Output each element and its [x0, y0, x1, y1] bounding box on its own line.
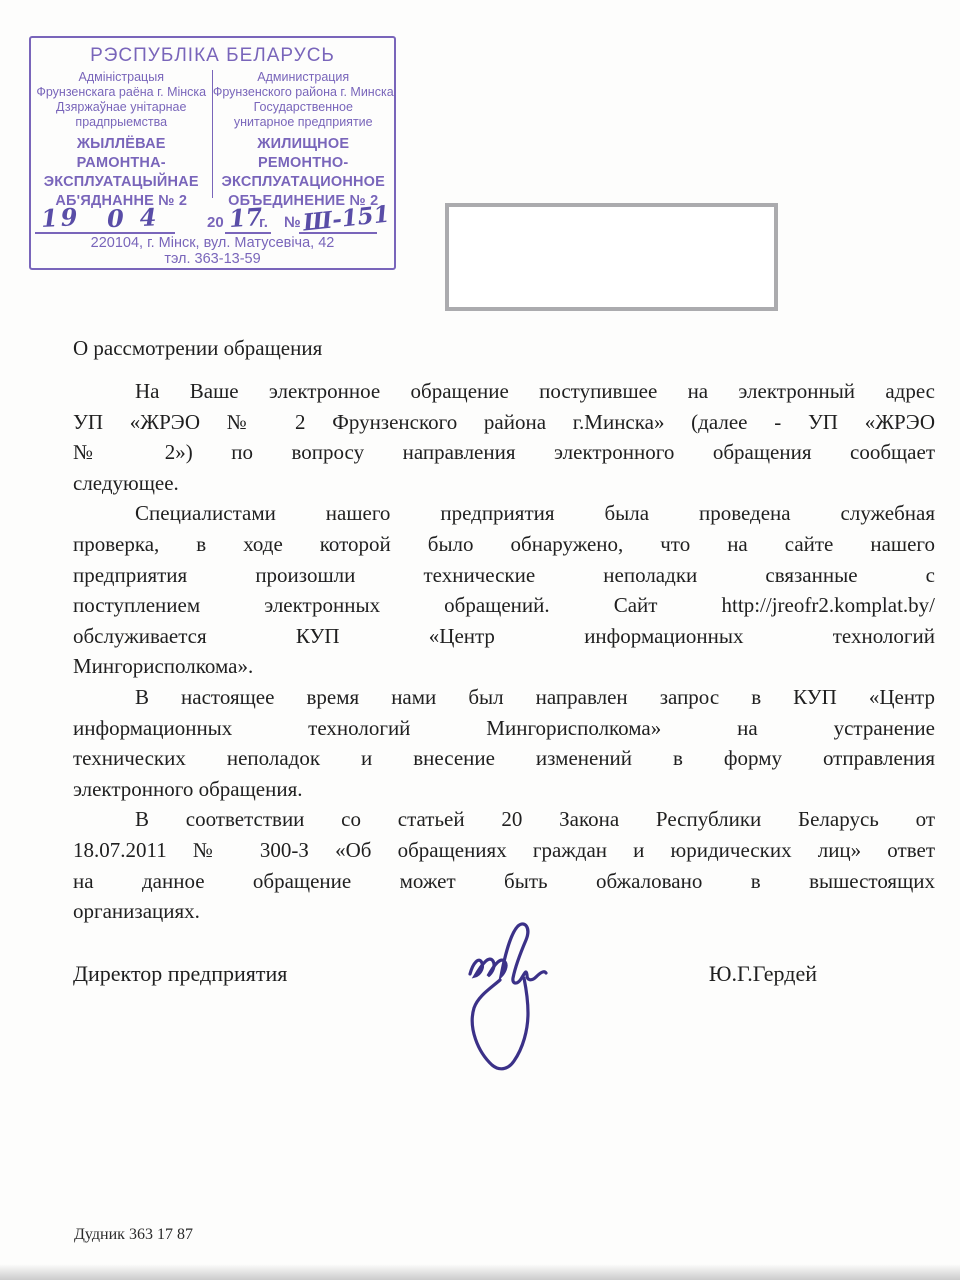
stamp-org-line: ЭКСПЛУАТАЦИОННОЕ: [213, 173, 395, 192]
body-line: проверка, в ходе которой было обнаружено…: [73, 529, 935, 560]
stamp-org-line: ЖЫЛЛЁВАЕ РАМОНТНА-: [31, 135, 212, 173]
printed-year-suffix: г.: [259, 214, 268, 231]
stamp-admin-line: Администрация: [213, 70, 395, 85]
signer-name: Ю.Г.Гердей: [709, 961, 817, 987]
paragraph: На Ваше электронное обращение поступивше…: [73, 376, 935, 498]
body-line: В соответствии со статьей 20 Закона Респ…: [73, 804, 935, 835]
letter-body: На Ваше электронное обращение поступивше…: [73, 376, 935, 927]
body-line: № 2») по вопросу направления электронног…: [73, 437, 935, 468]
redaction-box: [445, 203, 778, 311]
stamp-admin-line: Фрунзенскага раёна г. Мінска: [31, 85, 212, 100]
body-line: электронного обращения.: [73, 774, 935, 805]
stamp-right-column: Администрация Фрунзенского района г. Мин…: [213, 70, 395, 198]
body-line: Мингорисполкома».: [73, 651, 935, 682]
body-line: информационных технологий Мингорисполком…: [73, 713, 935, 744]
stamp-org-line: ЖИЛИЩНОЕ РЕМОНТНО-: [213, 135, 395, 173]
stamp-admin-line: Фрунзенского района г. Минска: [213, 85, 395, 100]
body-line: На Ваше электронное обращение поступивше…: [73, 376, 935, 407]
stamp-admin-line: Адміністрацыя: [31, 70, 212, 85]
body-line: обслуживается КУП «Центр информационных …: [73, 621, 935, 652]
year-underline: [225, 232, 271, 234]
printed-year-prefix: 20: [207, 214, 224, 231]
paragraph: Специалистами нашего предприятия была пр…: [73, 498, 935, 682]
body-line: 18.07.2011 № 300-З «Об обращениях гражда…: [73, 835, 935, 866]
stamp-date-line: 19 04 20 17 г. № Ш-151: [31, 204, 394, 234]
executor-footer-note: Дудник 363 17 87: [74, 1226, 193, 1244]
paragraph: В настоящее время нами был направлен зап…: [73, 682, 935, 804]
official-stamp: РЭСПУБЛІКА БЕЛАРУСЬ Адміністрацыя Фрунзе…: [29, 36, 396, 270]
body-line: Специалистами нашего предприятия была пр…: [73, 498, 935, 529]
stamp-country-header: РЭСПУБЛІКА БЕЛАРУСЬ: [31, 45, 394, 67]
scanned-letter-page: РЭСПУБЛІКА БЕЛАРУСЬ Адміністрацыя Фрунзе…: [0, 0, 960, 1280]
body-line: технических неполадок и внесение изменен…: [73, 743, 935, 774]
date-underline: [35, 232, 175, 234]
letter-subject: О рассмотрении обращения: [73, 336, 322, 361]
handwritten-signature: [442, 918, 568, 1076]
body-line: В настоящее время нами был направлен зап…: [73, 682, 935, 713]
body-line: УП «ЖРЭО № 2 Фрунзенского района г.Минск…: [73, 407, 935, 438]
paragraph: В соответствии со статьей 20 Закона Респ…: [73, 804, 935, 926]
stamp-admin-line: прадпрыемства: [31, 115, 212, 130]
stamp-phone: тэл. 363-13-59: [31, 251, 394, 267]
stamp-org-name: ЖИЛИЩНОЕ РЕМОНТНО- ЭКСПЛУАТАЦИОННОЕ ОБЪЕ…: [213, 135, 395, 211]
stamp-admin-line: Государственное: [213, 100, 395, 115]
number-underline: [299, 232, 377, 234]
body-line: поступлением электронных обращений. Сайт…: [73, 590, 935, 621]
stamp-address: 220104, г. Мінск, вул. Матусевіча, 42: [31, 235, 394, 251]
signer-position-title: Директор предприятия: [73, 961, 287, 987]
stamp-org-line: ЭКСПЛУАТАЦЫЙНАЕ: [31, 173, 212, 192]
handwritten-day: 19: [40, 202, 81, 233]
stamp-admin-line: Дзяржаўнае унітарнае: [31, 100, 212, 115]
handwritten-month: 04: [107, 202, 173, 233]
stamp-org-name: ЖЫЛЛЁВАЕ РАМОНТНА- ЭКСПЛУАТАЦЫЙНАЕ АБ'ЯД…: [31, 135, 212, 211]
body-line: на данное обращение может быть обжалован…: [73, 866, 935, 897]
scan-edge-shadow: [0, 1264, 960, 1280]
stamp-admin-line: унитарное предприятие: [213, 115, 395, 130]
body-line: следующее.: [73, 468, 935, 499]
body-line: предприятия произошли технические непола…: [73, 560, 935, 591]
stamp-left-column: Адміністрацыя Фрунзенскага раёна г. Мінс…: [31, 70, 213, 198]
stamp-columns: Адміністрацыя Фрунзенскага раёна г. Мінс…: [31, 70, 394, 198]
number-sign-label: №: [284, 214, 301, 231]
